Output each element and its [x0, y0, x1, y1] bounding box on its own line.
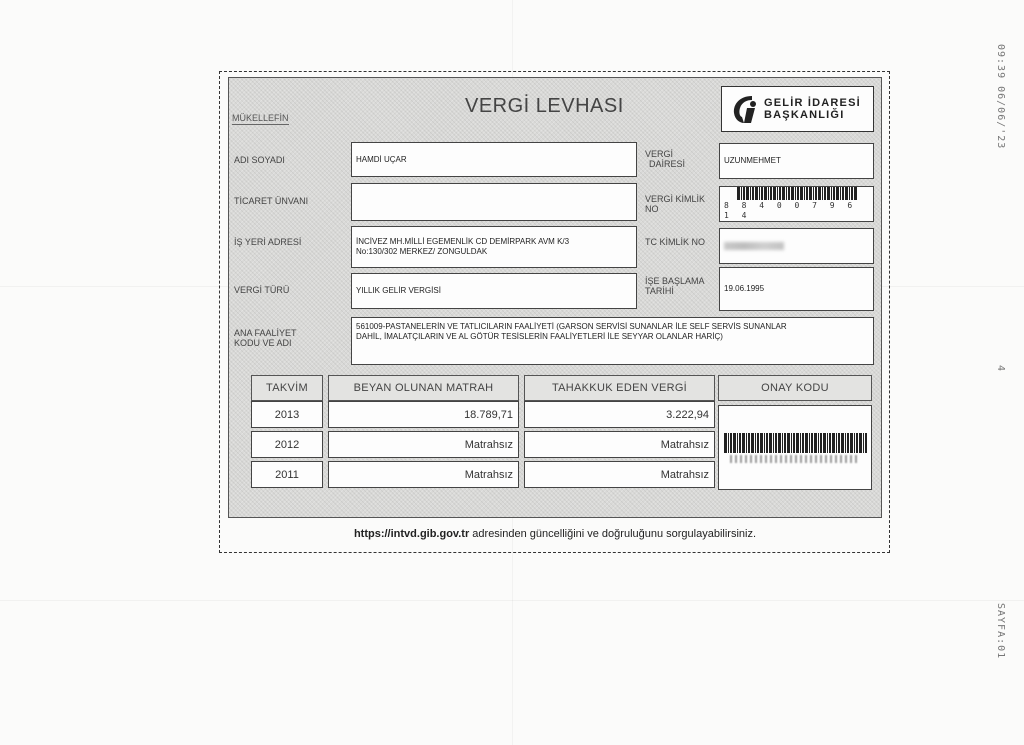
barcode-bar — [836, 187, 839, 200]
is-yeri-adresi-label: İŞ YERİ ADRESİ — [234, 237, 301, 247]
barcode-bar — [770, 187, 772, 200]
barcode-bar — [757, 433, 759, 453]
row-2013-vergi: 3.222,94 — [524, 401, 715, 428]
ticaret-unvani-value — [351, 183, 637, 221]
barcode-bar — [809, 433, 810, 453]
barcode-bar — [811, 433, 813, 453]
barcode-bar — [737, 187, 740, 200]
faaliyet-line-1: 561009-PASTANELERİN VE TATLICILARIN FAAL… — [356, 322, 787, 332]
header-onay-kodu: ONAY KODU — [718, 375, 872, 401]
barcode-bar — [750, 187, 751, 200]
barcode-bar — [751, 433, 754, 453]
vergi-turu-text: YILLIK GELİR VERGİSİ — [356, 286, 441, 296]
vergi-kimlik-no-value: 8 8 4 0 0 7 9 6 1 4 — [719, 186, 874, 222]
row-2013-year: 2013 — [251, 401, 323, 428]
barcode-bar — [793, 433, 795, 453]
barcode-bar — [859, 433, 862, 453]
ise-baslama-text: 19.06.1995 — [724, 284, 764, 294]
vkn-digits: 8 8 4 0 0 7 9 6 1 4 — [724, 201, 869, 221]
barcode-bar — [851, 187, 853, 200]
row-2012-matrah: Matrahsız — [328, 431, 519, 458]
ana-faaliyet-label: ANA FAALİYET KODU VE ADI — [234, 328, 297, 348]
barcode-bar — [741, 187, 742, 200]
vkn-label-1: VERGİ KİMLİK — [645, 194, 705, 204]
ticaret-unvani-label: TİCARET ÜNVANI — [234, 196, 308, 206]
barcode-bar — [854, 187, 857, 200]
barcode-bar — [773, 433, 774, 453]
barcode-bar — [800, 433, 801, 453]
barcode-bar — [773, 187, 776, 200]
barcode-bar — [797, 187, 799, 200]
barcode-bar — [847, 433, 849, 453]
print-page-number: 4 — [995, 365, 1006, 372]
barcode-bar — [782, 433, 783, 453]
adi-soyadi-value: HAMDİ UÇAR — [351, 142, 637, 177]
barcode-bar — [784, 433, 786, 453]
barcode-bar — [838, 433, 840, 453]
barcode-bar — [768, 187, 769, 200]
verification-note: https://intvd.gib.gov.tr adresinden günc… — [228, 528, 882, 540]
barcode-bar — [796, 433, 799, 453]
faaliyet-line-2: DAHİL, İMALATÇILARIN VE AL GÖTÜR TESİSLE… — [356, 332, 723, 342]
barcode-bar — [795, 187, 796, 200]
ise-baslama-label-1: İŞE BAŞLAMA — [645, 276, 705, 286]
barcode-bar — [778, 433, 781, 453]
barcode-bar — [766, 433, 768, 453]
ana-faaliyet-label-1: ANA FAALİYET — [234, 328, 297, 338]
barcode-bar — [791, 433, 792, 453]
barcode-bar — [760, 433, 763, 453]
issuer-name-line1: GELİR İDARESİ — [764, 97, 861, 109]
barcode-bar — [863, 433, 864, 453]
ise-baslama-value: 19.06.1995 — [719, 267, 874, 311]
row-2012-year: 2012 — [251, 431, 323, 458]
barcode-bar — [833, 187, 835, 200]
row-2013-matrah: 18.789,71 — [328, 401, 519, 428]
vergi-turu-label: VERGİ TÜRÜ — [234, 285, 289, 295]
barcode-bar — [823, 433, 826, 453]
barcode-bar — [782, 187, 785, 200]
barcode-bar — [743, 187, 745, 200]
barcode-bar — [746, 187, 749, 200]
barcode-bar — [856, 433, 858, 453]
barcode-bar — [804, 187, 805, 200]
barcode-bar — [822, 187, 823, 200]
barcode-bar — [730, 433, 732, 453]
barcode-bar — [764, 433, 765, 453]
barcode-bar — [827, 187, 830, 200]
barcode-bar — [831, 187, 832, 200]
barcode-bar — [805, 433, 808, 453]
adres-line-1: İNCİVEZ MH.MİLLİ EGEMENLİK CD DEMİRPARK … — [356, 237, 569, 247]
barcode-bar — [752, 187, 754, 200]
adi-soyadi-text: HAMDİ UÇAR — [356, 155, 407, 165]
barcode-bar — [865, 433, 867, 453]
barcode-bar — [845, 187, 848, 200]
redacted-onay-code — [730, 455, 860, 463]
barcode-bar — [775, 433, 777, 453]
barcode-bar — [777, 187, 778, 200]
barcode-bar — [724, 433, 727, 453]
barcode-bar — [787, 433, 790, 453]
vergi-dairesi-label-2: DAİRESİ — [645, 159, 685, 169]
document-title: VERGİ LEVHASI — [465, 95, 624, 118]
barcode-bar — [842, 187, 844, 200]
barcode-bar — [850, 433, 853, 453]
barcode-bar — [829, 433, 831, 453]
print-page-label: SAYFA:01 — [995, 603, 1006, 659]
vergi-dairesi-label-1: VERGİ — [645, 149, 685, 159]
vergi-dairesi-text: UZUNMEHMET — [724, 156, 781, 166]
barcode-bar — [755, 187, 758, 200]
tc-kimlik-no-label: TC KİMLİK NO — [645, 237, 705, 247]
header-beyan-matrah: BEYAN OLUNAN MATRAH — [328, 375, 519, 401]
barcode-bar — [818, 433, 819, 453]
vergi-turu-value: YILLIK GELİR VERGİSİ — [351, 273, 637, 309]
barcode-bar — [800, 187, 803, 200]
ana-faaliyet-label-2: KODU VE ADI — [234, 338, 297, 348]
barcode-bar — [824, 187, 826, 200]
barcode-bar — [854, 433, 855, 453]
barcode-bar — [779, 187, 781, 200]
gib-logo-icon — [730, 93, 762, 125]
barcode-bar — [746, 433, 747, 453]
barcode-bar — [840, 187, 841, 200]
issuer-name-line2: BAŞKANLIĞI — [764, 109, 861, 121]
barcode-bar — [802, 433, 804, 453]
issuer-logo: GELİR İDARESİ BAŞKANLIĞI — [721, 86, 874, 132]
vkn-label-2: NO — [645, 204, 705, 214]
barcode-bar — [841, 433, 844, 453]
barcode-bar — [755, 433, 756, 453]
barcode-bar — [815, 187, 817, 200]
section-label: MÜKELLEFİN — [232, 113, 289, 125]
tc-kimlik-no-value — [719, 228, 874, 264]
barcode-bar — [737, 433, 738, 453]
barcode-bar — [786, 187, 787, 200]
barcode-bar — [814, 433, 817, 453]
barcode-bar — [759, 187, 760, 200]
ana-faaliyet-value: 561009-PASTANELERİN VE TATLICILARIN FAAL… — [351, 317, 874, 365]
barcode-bar — [836, 433, 837, 453]
barcode-bar — [845, 433, 846, 453]
barcode-bar — [827, 433, 828, 453]
barcode-bar — [748, 433, 750, 453]
barcode-bar — [728, 433, 729, 453]
is-yeri-adresi-value: İNCİVEZ MH.MİLLİ EGEMENLİK CD DEMİRPARK … — [351, 226, 637, 268]
onay-kodu-cell — [718, 405, 872, 490]
vkn-barcode — [737, 187, 857, 200]
ise-baslama-label: İŞE BAŞLAMA TARİHİ — [645, 276, 705, 296]
barcode-bar — [742, 433, 745, 453]
row-2012-vergi: Matrahsız — [524, 431, 715, 458]
barcode-bar — [769, 433, 772, 453]
onay-barcode — [724, 433, 867, 453]
ise-baslama-label-2: TARİHİ — [645, 286, 705, 296]
barcode-bar — [739, 433, 741, 453]
row-2011-matrah: Matrahsız — [328, 461, 519, 488]
barcode-bar — [788, 187, 790, 200]
redacted-value — [724, 242, 784, 250]
adres-line-2: No:130/302 MERKEZ/ ZONGULDAK — [356, 247, 487, 257]
header-tahakkuk-vergi: TAHAKKUK EDEN VERGİ — [524, 375, 715, 401]
vergi-dairesi-value: UZUNMEHMET — [719, 143, 874, 179]
barcode-bar — [820, 433, 822, 453]
barcode-bar — [791, 187, 794, 200]
barcode-bar — [832, 433, 835, 453]
adi-soyadi-label: ADI SOYADI — [234, 155, 285, 165]
barcode-bar — [813, 187, 814, 200]
vergi-kimlik-no-label: VERGİ KİMLİK NO — [645, 194, 705, 214]
vergi-dairesi-label: VERGİ DAİRESİ — [645, 149, 685, 169]
barcode-bar — [849, 187, 850, 200]
barcode-bar — [764, 187, 767, 200]
barcode-bar — [761, 187, 763, 200]
verification-text: adresinden güncelliğini ve doğruluğunu s… — [469, 528, 756, 540]
barcode-bar — [733, 433, 736, 453]
barcode-bar — [818, 187, 821, 200]
verification-link[interactable]: https://intvd.gib.gov.tr — [354, 528, 469, 540]
row-2011-year: 2011 — [251, 461, 323, 488]
header-takvim: TAKVİM — [251, 375, 323, 401]
print-timestamp: 09:39 06/06/'23 — [995, 44, 1006, 149]
barcode-bar — [806, 187, 808, 200]
row-2011-vergi: Matrahsız — [524, 461, 715, 488]
barcode-bar — [809, 187, 812, 200]
